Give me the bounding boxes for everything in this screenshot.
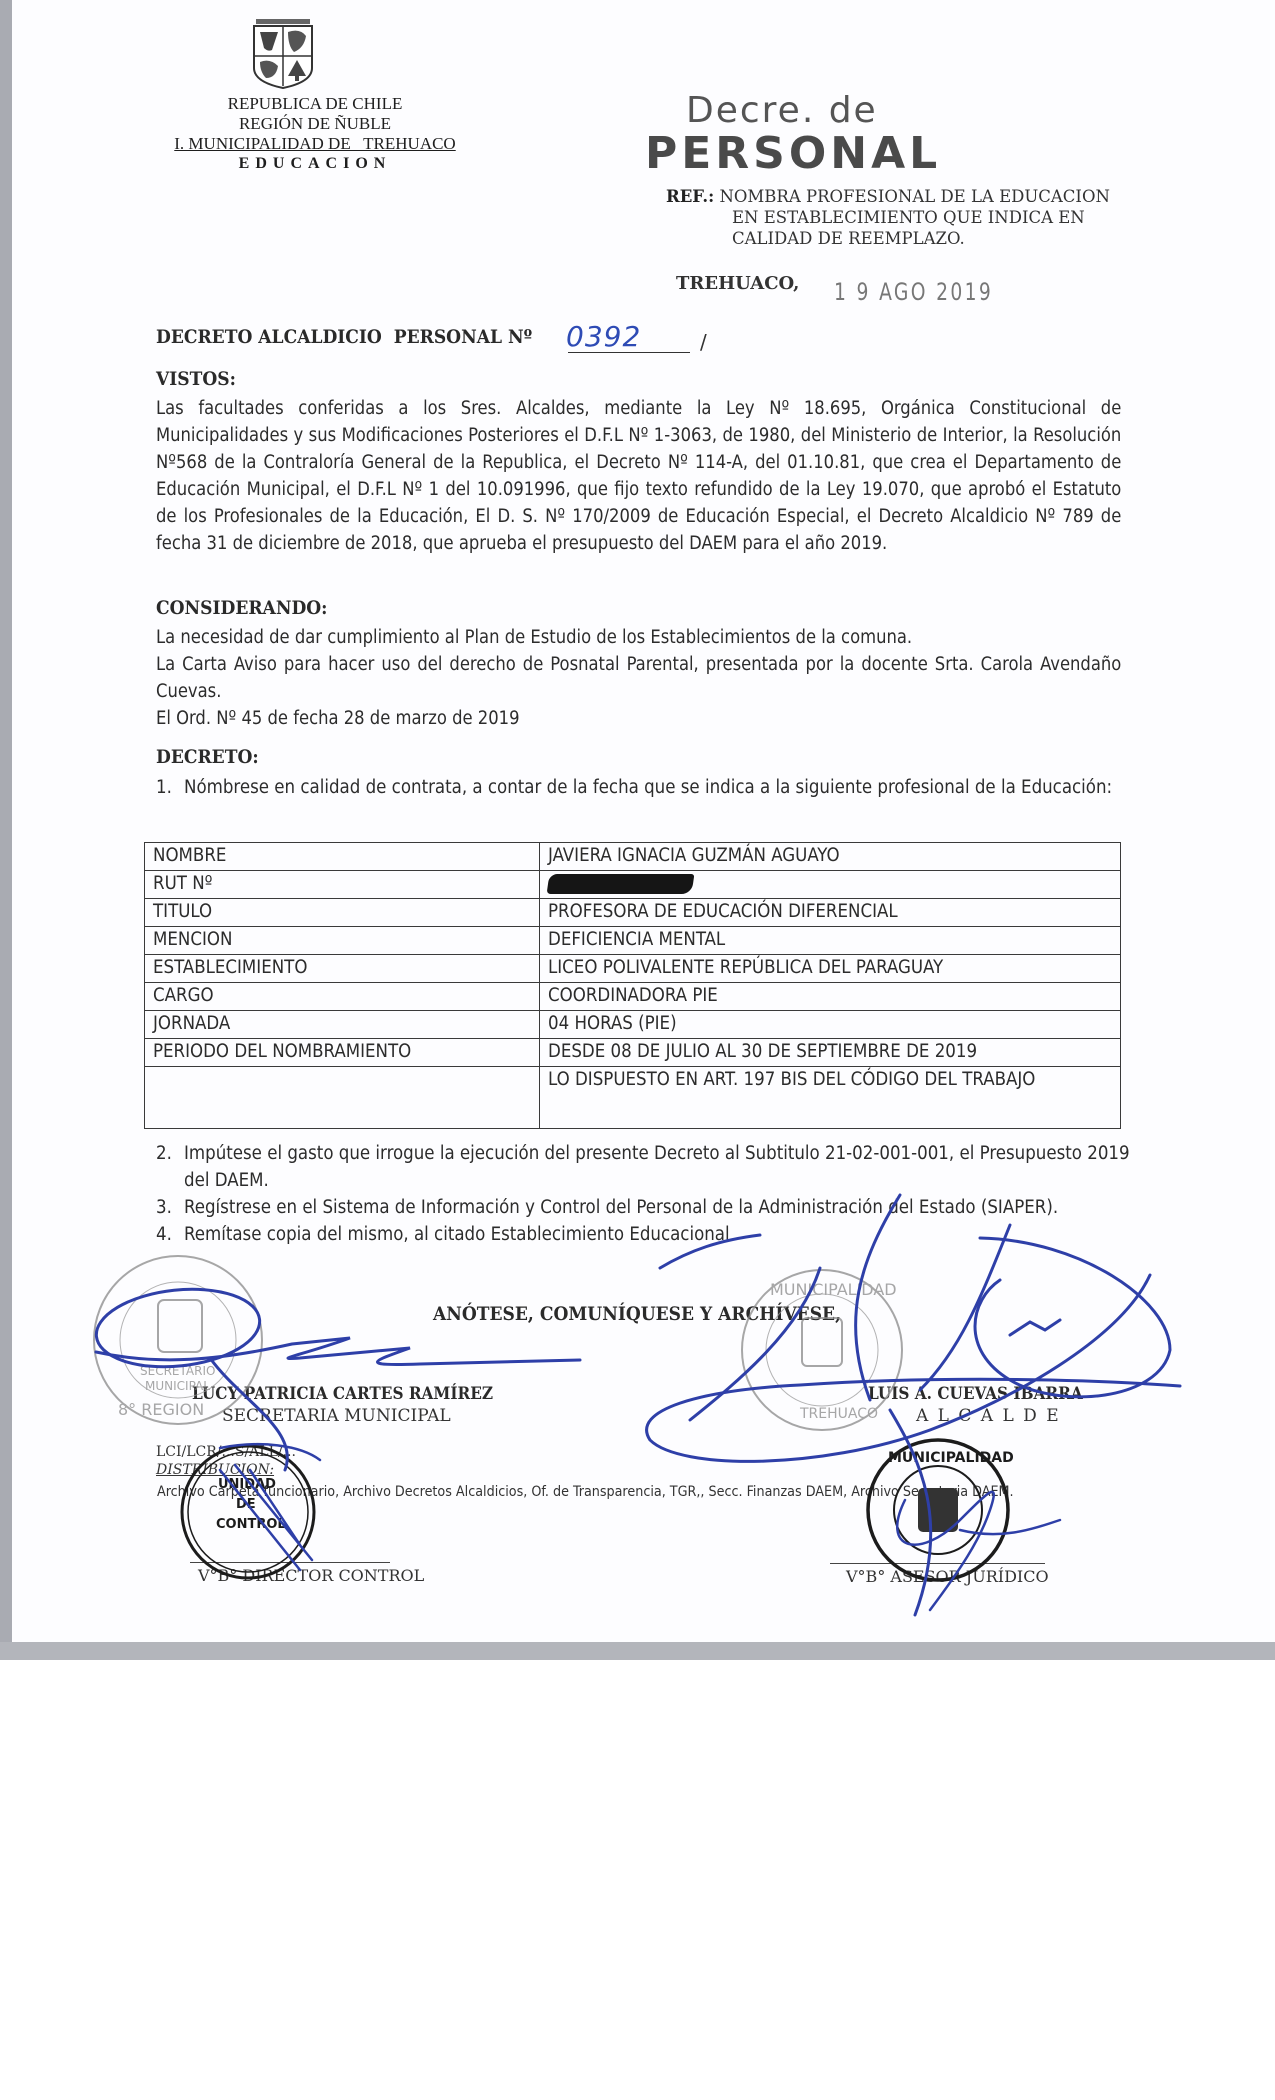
item-text: Remítase copia del mismo, al citado Esta… [184, 1221, 730, 1248]
decree-slash: / [700, 330, 707, 354]
decreto-item-1: 1.Nómbrese en calidad de contrata, a con… [156, 774, 1146, 801]
coat-of-arms-icon [248, 18, 318, 90]
table-row: LO DISPUESTO EN ART. 197 BIS DEL CÓDIGO … [145, 1067, 1121, 1129]
table-value: 04 HORAS (PIE) [540, 1011, 1121, 1039]
decreto-item-3: 3.Regístrese en el Sistema de Informació… [156, 1194, 1146, 1221]
table-label: CARGO [145, 983, 540, 1011]
table-label: ESTABLECIMIENTO [145, 955, 540, 983]
mayor-name: LUIS A. CUEVAS IBARRA [868, 1384, 1083, 1404]
ref-line-3: CALIDAD DE REEMPLAZO. [666, 228, 1136, 249]
mayor-role: A L C A L D E [916, 1406, 1061, 1426]
table-row: PERIODO DEL NOMBRAMIENTODESDE 08 DE JULI… [145, 1039, 1121, 1067]
item-text: Impútese el gasto que irrogue la ejecuci… [184, 1140, 1146, 1194]
table-label: NOMBRE [145, 843, 540, 871]
table-value: LO DISPUESTO EN ART. 197 BIS DEL CÓDIGO … [540, 1067, 1121, 1129]
signature-line-legal [830, 1563, 1045, 1564]
table-row: TITULOPROFESORA DE EDUCACIÓN DIFERENCIAL [145, 899, 1121, 927]
doc-type-line1: Decre. de [686, 90, 878, 131]
table-row: RUT Nº [145, 871, 1121, 899]
vistos-paragraph: Las facultades conferidas a los Sres. Al… [156, 395, 1121, 557]
initials: LCI/LCR/...S/ALL/... [156, 1444, 296, 1460]
item-text: Nómbrese en calidad de contrata, a conta… [184, 774, 1112, 801]
distribution-label: DISTRIBUCION: [156, 1462, 274, 1478]
decree-number-underline [568, 352, 690, 353]
place: TREHUACO, [676, 273, 799, 294]
table-value [540, 871, 1121, 899]
considerando-item: El Ord. Nº 45 de fecha 28 de marzo de 20… [156, 705, 1121, 732]
issuer-department: EDUCACION [150, 154, 480, 174]
item-number: 1. [156, 774, 184, 801]
vistos-text: Las facultades conferidas a los Sres. Al… [156, 395, 1121, 557]
table-label: MENCION [145, 927, 540, 955]
scanner-edge-left [0, 0, 12, 1660]
doc-type-line2: PERSONAL [645, 128, 941, 179]
date-stamp: 1 9 AGO 2019 [834, 278, 993, 306]
decreto-item-4: 4.Remítase copia del mismo, al citado Es… [156, 1221, 1146, 1248]
considerando-title: CONSIDERANDO: [156, 597, 328, 619]
table-value: DESDE 08 DE JULIO AL 30 DE SEPTIEMBRE DE… [540, 1039, 1121, 1067]
considerando-item: La Carta Aviso para hacer uso del derech… [156, 651, 1121, 705]
item-number: 4. [156, 1221, 184, 1248]
item-number: 3. [156, 1194, 184, 1221]
ref-line-2: EN ESTABLECIMIENTO QUE INDICA EN [666, 207, 1136, 228]
appointment-table: NOMBREJAVIERA IGNACIA GUZMÁN AGUAYO RUT … [144, 842, 1121, 1129]
table-label: PERIODO DEL NOMBRAMIENTO [145, 1039, 540, 1067]
decreto-title: DECRETO: [156, 746, 259, 768]
table-value: COORDINADORA PIE [540, 983, 1121, 1011]
closing-formula: ANÓTESE, COMUNÍQUESE Y ARCHÍVESE, [433, 1303, 841, 1325]
vb-director-control: V°B° DIRECTOR CONTROL [198, 1566, 424, 1585]
signature-line-control [190, 1562, 390, 1563]
secretary-name: LUCY PATRICIA CARTES RAMÍREZ [192, 1384, 493, 1404]
ref-label: REF.: [666, 187, 714, 206]
decree-title: DECRETO ALCALDICIO PERSONAL Nº [156, 326, 532, 348]
issuer-country: REPUBLICA DE CHILE [150, 94, 480, 114]
table-value: PROFESORA DE EDUCACIÓN DIFERENCIAL [540, 899, 1121, 927]
table-label: RUT Nº [145, 871, 540, 899]
issuer-municipality: I. MUNICIPALIDAD DE TREHUACO [150, 134, 480, 154]
decreto-item-2: 2.Impútese el gasto que irrogue la ejecu… [156, 1140, 1146, 1194]
decreto-items-2-4: 2.Impútese el gasto que irrogue la ejecu… [156, 1140, 1146, 1248]
table-row: CARGOCOORDINADORA PIE [145, 983, 1121, 1011]
decree-number-handwritten: 0392 [566, 320, 641, 353]
item-text: Regístrese en el Sistema de Información … [184, 1194, 1058, 1221]
table-label: TITULO [145, 899, 540, 927]
table-row: MENCIONDEFICIENCIA MENTAL [145, 927, 1121, 955]
table-row: NOMBREJAVIERA IGNACIA GUZMÁN AGUAYO [145, 843, 1121, 871]
redaction-mark [547, 874, 695, 894]
secretary-role: SECRETARIA MUNICIPAL [222, 1406, 451, 1426]
item-number: 2. [156, 1140, 184, 1194]
table-value: LICEO POLIVALENTE REPÚBLICA DEL PARAGUAY [540, 955, 1121, 983]
considerando-list: La necesidad de dar cumplimiento al Plan… [156, 624, 1121, 732]
table-row: ESTABLECIMIENTOLICEO POLIVALENTE REPÚBLI… [145, 955, 1121, 983]
scanner-edge-bottom [0, 1642, 1275, 1660]
reference-block: REF.: NOMBRA PROFESIONAL DE LA EDUCACION… [666, 186, 1136, 249]
table-value: JAVIERA IGNACIA GUZMÁN AGUAYO [540, 843, 1121, 871]
considerando-item: La necesidad de dar cumplimiento al Plan… [156, 624, 1121, 651]
table-label: JORNADA [145, 1011, 540, 1039]
vb-asesor-juridico: V°B° ASESOR JURÍDICO [846, 1567, 1049, 1586]
distribution-text: Archivo Carpeta funcionario, Archivo Dec… [157, 1484, 1014, 1500]
table-label [145, 1067, 540, 1129]
ref-line-1: NOMBRA PROFESIONAL DE LA EDUCACION [719, 187, 1109, 206]
table-value: DEFICIENCIA MENTAL [540, 927, 1121, 955]
table-row: JORNADA04 HORAS (PIE) [145, 1011, 1121, 1039]
issuer-region: REGIÓN DE ÑUBLE [150, 114, 480, 134]
issuer-block: REPUBLICA DE CHILE REGIÓN DE ÑUBLE I. MU… [150, 94, 480, 174]
vistos-title: VISTOS: [156, 368, 236, 390]
